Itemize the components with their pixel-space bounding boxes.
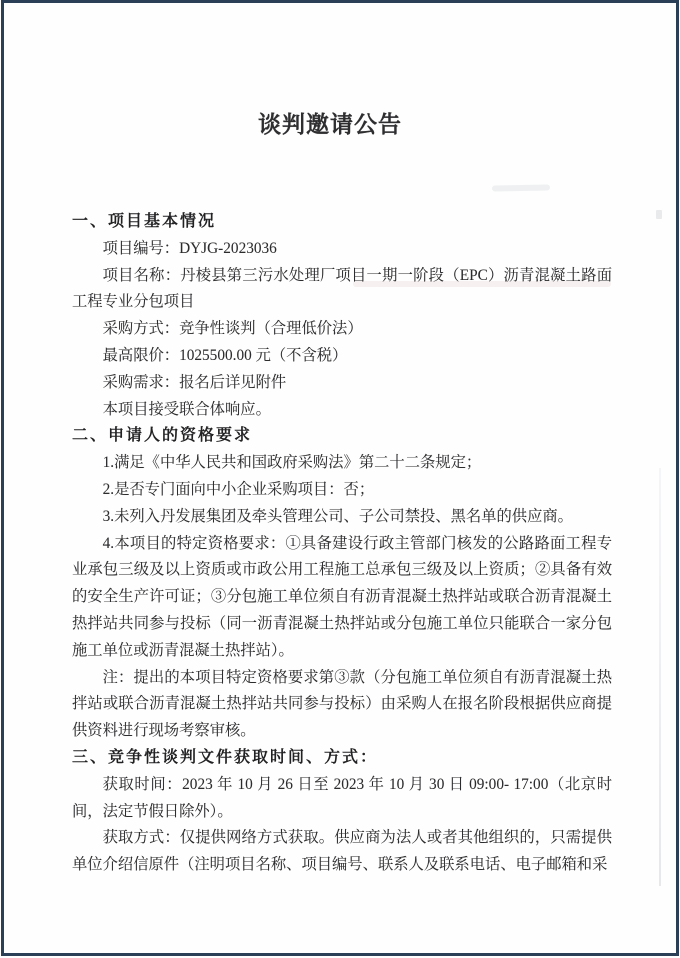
paragraph: 采购需求：报名后详见附件 [72, 370, 612, 397]
paragraph: 4.本项目的特定资格要求：①具备建设行政主管部门核发的公路路面工程专业承包三级及… [72, 531, 612, 665]
section-heading: 一、项目基本情况 [72, 209, 612, 236]
paragraph: 本项目接受联合体响应。 [72, 397, 612, 424]
section-heading: 二、申请人的资格要求 [72, 423, 612, 450]
paragraph: 项目编号：DYJG-2023036 [72, 236, 612, 263]
document-body: 一、项目基本情况项目编号：DYJG-2023036项目名称：丹棱县第三污水处理厂… [72, 209, 612, 879]
scan-mark-artifact [656, 210, 662, 219]
paragraph: 获取时间：2023 年 10 月 26 日至 2023 年 10 月 30 日 … [72, 772, 612, 826]
paragraph: 3.未列入丹发展集团及牵头管理公司、子公司禁投、黑名单的供应商。 [72, 504, 612, 531]
document-title: 谈判邀请公告 [40, 106, 620, 139]
paragraph: 1.满足《中华人民共和国政府采购法》第二十二条规定； [72, 450, 612, 477]
scanned-document-page: 谈判邀请公告 一、项目基本情况项目编号：DYJG-2023036项目名称：丹棱县… [0, 0, 680, 958]
paragraph: 注：提出的本项目特定资格要求第③款（分包施工单位须自有沥青混凝土热拌站或联合沥青… [72, 665, 612, 745]
paragraph: 最高限价：1025500.00 元（不含税） [72, 343, 612, 370]
section-heading: 三、竞争性谈判文件获取时间、方式： [72, 745, 612, 772]
paragraph: 采购方式：竞争性谈判（合理低价法） [72, 316, 612, 343]
scan-smudge-artifact [492, 184, 550, 191]
scan-vertical-line-artifact [659, 468, 661, 886]
paragraph: 项目名称：丹棱县第三污水处理厂项目一期一阶段（EPC）沥青混凝土路面工程专业分包… [72, 263, 612, 317]
paragraph: 获取方式：仅提供网络方式获取。供应商为法人或者其他组织的，只需提供单位介绍信原件… [72, 825, 612, 879]
paragraph: 2.是否专门面向中小企业采购项目：否； [72, 477, 612, 504]
